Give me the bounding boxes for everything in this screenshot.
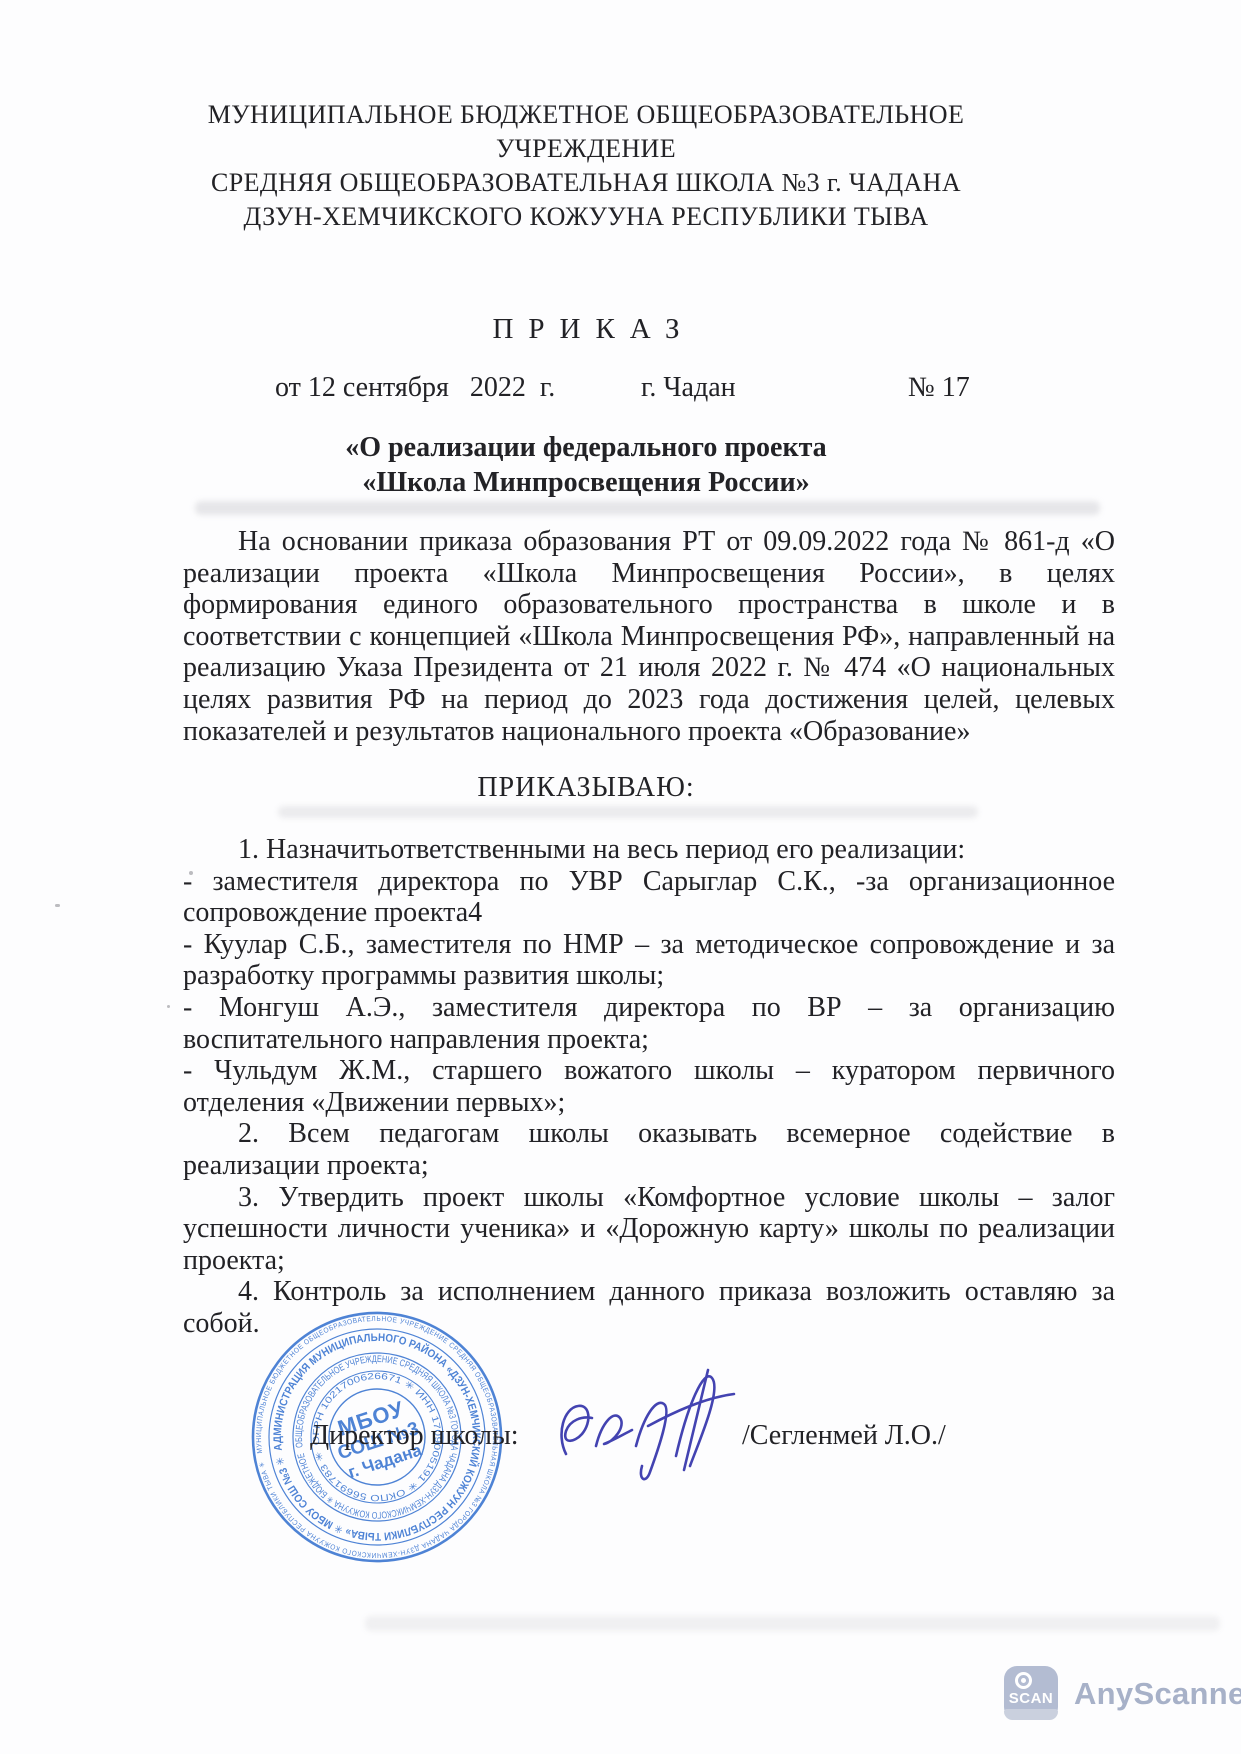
paragraph-line: формирования единого образовательного пр… [183,589,1115,621]
scan-ghost-line [278,806,978,818]
order-item-line: воспитательного направления проекта; [183,1024,1115,1056]
camera-lens-dot [1021,1678,1026,1683]
order-item-line: проекта; [183,1245,1115,1277]
letterhead-line: СРЕДНЯЯ ОБЩЕОБРАЗОВАТЕЛЬНАЯ ШКОЛА №3 г. … [183,166,989,200]
order-item-line: разработку программы развития школы; [183,960,1115,992]
order-item-line: успешности личности ученика» и «Дорожную… [183,1213,1115,1245]
letterhead-line: УЧРЕЖДЕНИЕ [183,132,989,166]
order-item-line: 4. Контроль за исполнением данного прика… [183,1276,1115,1308]
order-title: «О реализации федерального проекта «Школ… [183,430,989,500]
order-item-line: реализации проекта; [183,1150,1115,1182]
scan-speck [167,1005,170,1008]
letterhead-line: МУНИЦИПАЛЬНОЕ БЮДЖЕТНОЕ ОБЩЕОБРАЗОВАТЕЛЬ… [183,98,989,132]
letterhead-line: ДЗУН-ХЕМЧИКСКОГО КОЖУУНА РЕСПУБЛИКИ ТЫВА [183,200,989,234]
order-item-line: 2. Всем педагогам школы оказывать всемер… [183,1118,1115,1150]
order-number: № 17 [908,372,970,404]
director-name: /Сегленмей Л.О./ [742,1420,946,1452]
anyscanner-icon: SCAN [1004,1666,1058,1720]
paragraph-line: реализации проекта «Школа Минпросвещения… [183,558,1115,590]
camera-lens-icon [1015,1672,1032,1689]
paragraph-line: На основании приказа образования РТ от 0… [183,526,1115,558]
order-item-line: - Чульдум Ж.М., старшего вожатого школы … [183,1055,1115,1087]
order-item-line: - Куулар С.Б., заместителя по НМР – за м… [183,929,1115,961]
order-item-line: отделения «Движении первых»; [183,1087,1115,1119]
order-items: 1. Назначитьответственными на весь перио… [183,834,1115,1340]
anyscanner-icon-label: SCAN [1004,1690,1058,1707]
date-row: от 12 сентября 2022 г. г. Чадан № 17 [183,372,1115,412]
paragraph-line: соответствии с концепцией «Школа Минпрос… [183,621,1115,653]
letterhead: МУНИЦИПАЛЬНОЕ БЮДЖЕТНОЕ ОБЩЕОБРАЗОВАТЕЛЬ… [183,98,989,234]
order-date: от 12 сентября 2022 г. [275,372,555,404]
paragraph-line: реализацию Указа Президента от 21 июля 2… [183,652,1115,684]
order-title-line: «Школа Минпросвещения России» [183,465,989,500]
order-place: г. Чадан [641,372,736,404]
order-heading: ПРИКАЗ [183,313,989,346]
handwritten-signature [552,1358,762,1493]
scanned-order-document: МУНИЦИПАЛЬНОЕ БЮДЖЕТНОЕ ОБЩЕОБРАЗОВАТЕЛЬ… [0,0,1241,1754]
order-item-line: сопровождение проекта4 [183,897,1115,929]
anyscanner-watermark-label: AnyScanner [1074,1676,1241,1712]
scan-ghost-line [365,1616,1220,1631]
scan-speck [55,904,60,907]
scan-ghost-line [195,501,1100,515]
director-role-label: Директор школы: [310,1420,519,1452]
resolution-heading: ПРИКАЗЫВАЮ: [183,772,989,804]
paragraph-line: показателей и результатов национального … [183,716,1115,748]
order-title-line: «О реализации федерального проекта [183,430,989,465]
paragraph-line: целях развития РФ на период до 2023 года… [183,684,1115,716]
order-item-line: - заместителя директора по УВР Сарыглар … [183,866,1115,898]
order-item-line: 3. Утвердить проект школы «Комфортное ус… [183,1182,1115,1214]
anyscanner-icon-band [1004,1709,1058,1720]
preamble-paragraph: На основании приказа образования РТ от 0… [183,526,1115,747]
scan-speck [189,871,193,875]
order-item-line: - Монгуш А.Э., заместителя директора по … [183,992,1115,1024]
order-item-line: 1. Назначитьответственными на весь перио… [183,834,1115,866]
